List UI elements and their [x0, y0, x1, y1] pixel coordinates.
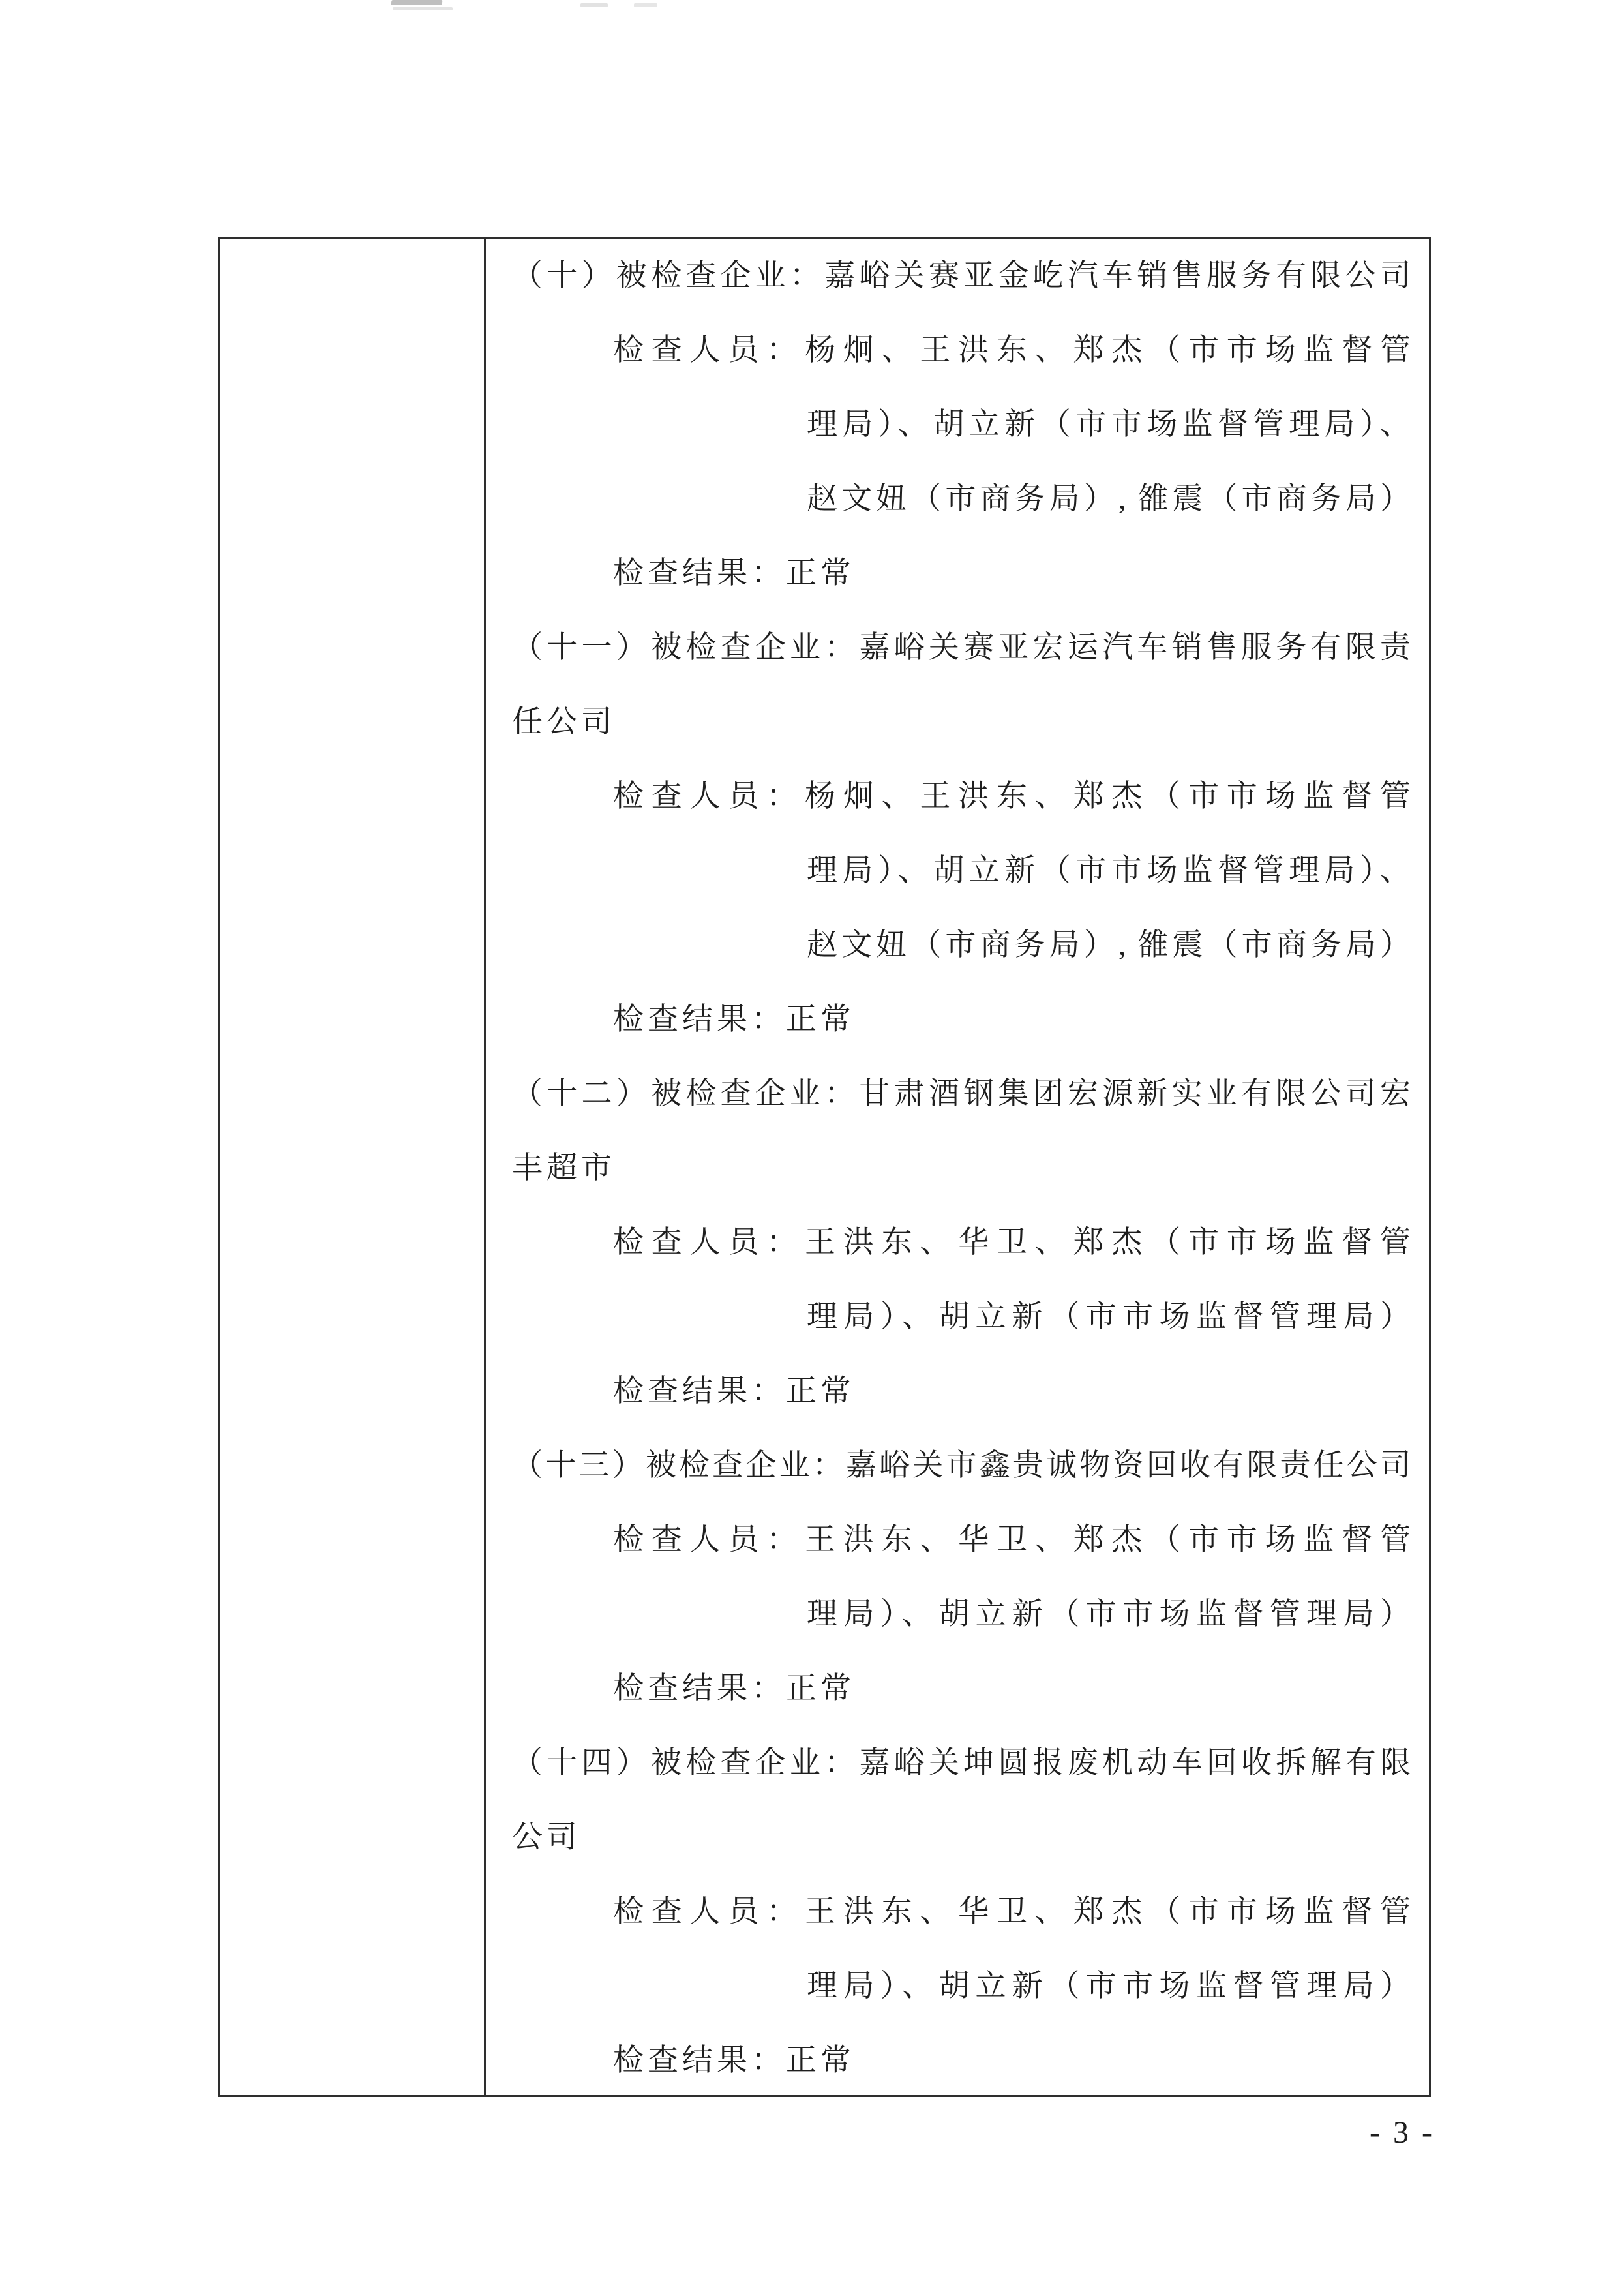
result-line: 检查结果：正常	[613, 536, 1429, 611]
inspectors-continuation-line: 理局）、胡立新（市市场监督管理局）、	[807, 834, 1411, 908]
company-line: （十三）被检查企业：嘉峪关市鑫贵诚物资回收有限责任公司	[512, 1428, 1411, 1503]
result-line: 检查结果：正常	[613, 1652, 1429, 1726]
page-number: - 3 -	[1324, 2113, 1480, 2152]
company-continuation-line: 任公司	[512, 685, 1429, 759]
company-line: （十一）被检查企业：嘉峪关赛亚宏运汽车销售服务有限责	[512, 611, 1411, 685]
result-line: 检查结果：正常	[613, 982, 1429, 1057]
scan-artifact	[391, 0, 442, 5]
company-line: （十二）被检查企业：甘肃酒钢集团宏源新实业有限公司宏	[512, 1057, 1411, 1131]
company-line: （十）被检查企业：嘉峪关赛亚金屹汽车销售服务有限公司	[512, 239, 1411, 313]
table-left-column-empty	[220, 239, 486, 2095]
scanned-document-page: （十）被检查企业：嘉峪关赛亚金屹汽车销售服务有限公司检查人员：杨炯、王洪东、郑杰…	[0, 0, 1620, 2296]
result-line: 检查结果：正常	[613, 1354, 1429, 1428]
inspectors-line: 检查人员：王洪东、华卫、郑杰（市市场监督管	[613, 1205, 1411, 1280]
scan-artifact	[634, 3, 657, 7]
result-line: 检查结果：正常	[613, 2023, 1429, 2098]
scan-artifact	[580, 3, 608, 7]
inspectors-line: 检查人员：杨炯、王洪东、郑杰（市市场监督管	[613, 313, 1411, 387]
inspectors-line: 检查人员：杨炯、王洪东、郑杰（市市场监督管	[613, 759, 1411, 834]
inspectors-continuation-line: 理局）、胡立新（市市场监督管理局）	[807, 1949, 1411, 2023]
scan-artifact	[393, 7, 453, 10]
company-line: （十四）被检查企业：嘉峪关坤圆报废机动车回收拆解有限	[512, 1726, 1411, 1800]
inspectors-line: 检查人员：王洪东、华卫、郑杰（市市场监督管	[613, 1875, 1411, 1949]
inspectors-line: 检查人员：王洪东、华卫、郑杰（市市场监督管	[613, 1503, 1411, 1577]
inspectors-continuation-line: 赵文妞（市商务局）, 雒震（市商务局）	[807, 908, 1411, 982]
inspection-record-table: （十）被检查企业：嘉峪关赛亚金屹汽车销售服务有限公司检查人员：杨炯、王洪东、郑杰…	[218, 237, 1431, 2097]
company-continuation-line: 丰超市	[512, 1131, 1429, 1205]
inspectors-continuation-line: 理局）、胡立新（市市场监督管理局）	[807, 1280, 1411, 1354]
inspectors-continuation-line: 理局）、胡立新（市市场监督管理局）	[807, 1577, 1411, 1652]
table-right-column: （十）被检查企业：嘉峪关赛亚金屹汽车销售服务有限公司检查人员：杨炯、王洪东、郑杰…	[486, 239, 1429, 2095]
company-continuation-line: 公司	[512, 1800, 1429, 1875]
inspectors-continuation-line: 赵文妞（市商务局）, 雒震（市商务局）	[807, 462, 1411, 536]
inspectors-continuation-line: 理局）、胡立新（市市场监督管理局）、	[807, 387, 1411, 462]
